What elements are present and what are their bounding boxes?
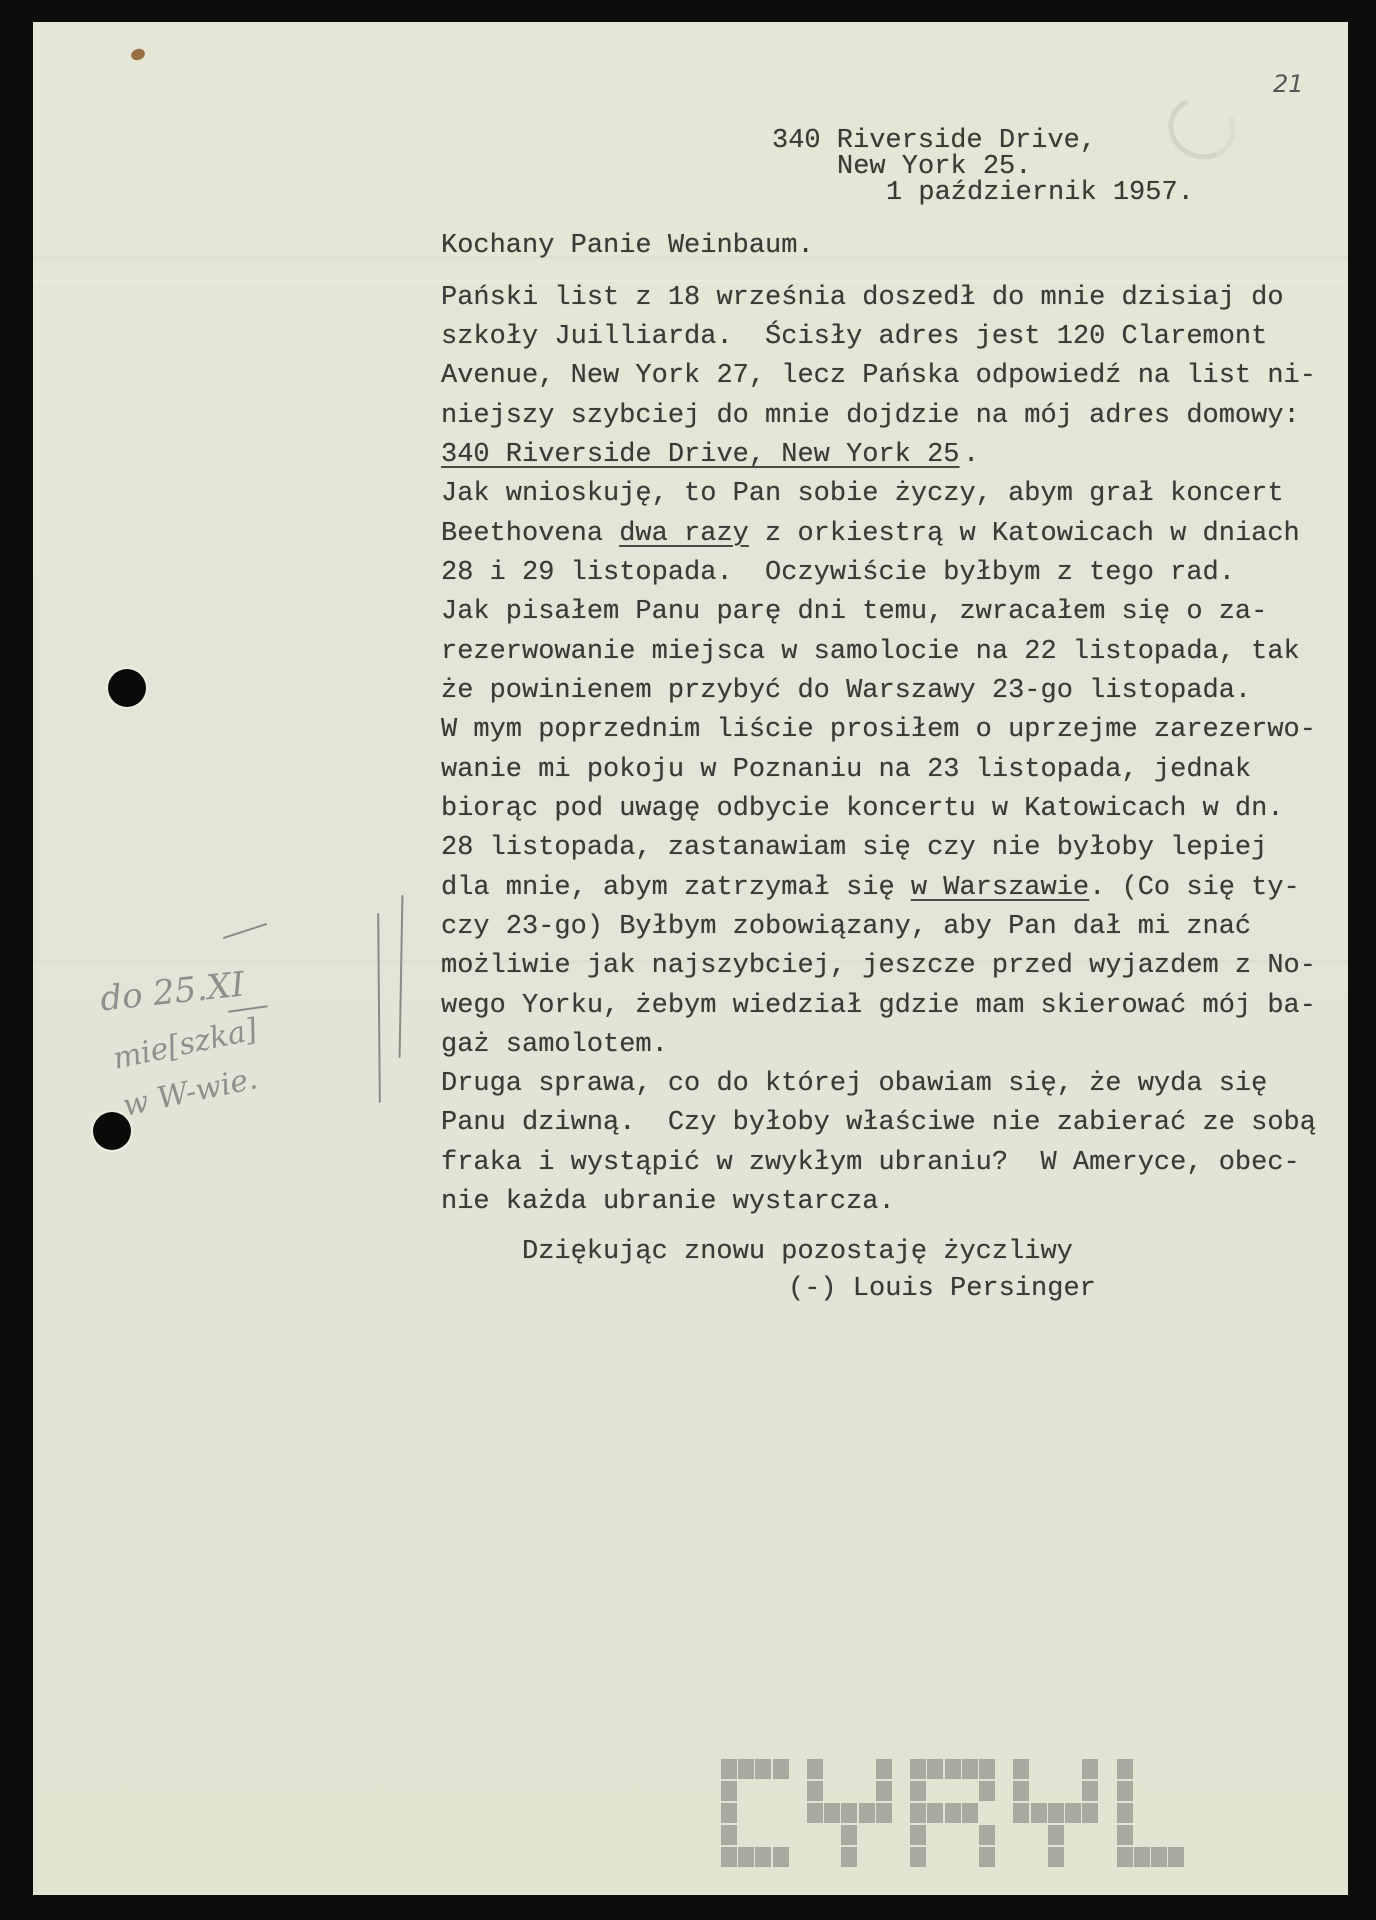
watermark-pixel (841, 1847, 857, 1867)
rust-stain (130, 47, 147, 62)
watermark-pixel (738, 1759, 754, 1779)
underlined-phrase: dwa razy (619, 519, 749, 549)
body-line: Panu dziwną. Czy byłoby właściwe nie zab… (441, 1110, 1316, 1137)
watermark-pixel (1082, 1803, 1098, 1823)
watermark-pixel (1048, 1803, 1064, 1823)
watermark-pixel (807, 1781, 823, 1801)
watermark-pixel (945, 1759, 961, 1779)
body-line: 28 listopada, zastanawiam się czy nie by… (441, 835, 1267, 862)
text-span: dla mnie, abym zatrzymał się (441, 873, 911, 903)
watermark-pixel (927, 1803, 943, 1823)
watermark-pixel (979, 1781, 995, 1801)
sender-address-line1: 340 Riverside Drive, (772, 128, 1096, 155)
underlined-phrase: w Warszawie (911, 873, 1089, 903)
watermark-pixel (876, 1759, 892, 1779)
body-line: Druga sprawa, co do której obawiam się, … (441, 1071, 1267, 1098)
watermark-pixel (910, 1803, 926, 1823)
watermark-pixel (979, 1825, 995, 1845)
body-line: Jak pisałem Panu parę dni temu, zwracałe… (441, 599, 1267, 626)
watermark-pixel (738, 1847, 754, 1867)
body-line: wego Yorku, żebym wiedział gdzie mam ski… (441, 993, 1316, 1020)
body-line: biorąc pod uwagę odbycie koncertu w Kato… (441, 796, 1284, 823)
signature: (-) Louis Persinger (788, 1276, 1096, 1303)
watermark-pixel (1117, 1759, 1133, 1779)
watermark-pixel (1065, 1803, 1081, 1823)
watermark-pixel (721, 1847, 737, 1867)
body-line: że powinienem przybyć do Warszawy 23-go … (441, 678, 1251, 705)
page-number: 21 (1273, 70, 1304, 98)
body-line: 28 i 29 listopada. Oczywiście byłbym z t… (441, 560, 1235, 587)
body-line: Pański list z 18 września doszedł do mni… (441, 285, 1284, 312)
sender-address-line2: New York 25. (837, 154, 1031, 181)
watermark-pixel (962, 1803, 978, 1823)
watermark-pixel (927, 1759, 943, 1779)
watermark-pixel (721, 1825, 737, 1845)
body-line: szkoły Juilliarda. Ścisły adres jest 120… (441, 324, 1267, 351)
watermark-pixel (859, 1803, 875, 1823)
body-line: W mym poprzednim liście prosiłem o uprze… (441, 717, 1316, 744)
watermark-pixel (721, 1759, 737, 1779)
watermark-pixel (824, 1803, 840, 1823)
body-line: nie każda ubranie wystarcza. (441, 1189, 895, 1216)
watermark-pixel (945, 1803, 961, 1823)
watermark-pixel (1048, 1825, 1064, 1845)
smudge-mark (1159, 87, 1244, 169)
watermark-pixel (1031, 1803, 1047, 1823)
body-line: Jak wnioskuję, to Pan sobie życzy, abym … (441, 481, 1284, 508)
body-line: wanie mi pokoju w Poznaniu na 23 listopa… (441, 757, 1251, 784)
watermark-pixel (1117, 1781, 1133, 1801)
watermark-pixel (1117, 1825, 1133, 1845)
text-span: z orkiestrą w Katowicach w dniach (749, 519, 1300, 549)
watermark-pixel (807, 1759, 823, 1779)
body-line: czy 23-go) Byłbym zobowiązany, aby Pan d… (441, 914, 1251, 941)
watermark-pixel (910, 1825, 926, 1845)
body-line: Avenue, New York 27, lecz Pańska odpowie… (441, 363, 1316, 390)
watermark-pixel (910, 1781, 926, 1801)
watermark-pixel (1048, 1847, 1064, 1867)
body-line: dla mnie, abym zatrzymał się w Warszawie… (441, 875, 1300, 902)
body-line-underlined-address: 340 Riverside Drive, New York 25 (441, 442, 959, 469)
punch-hole (108, 669, 146, 707)
body-line: gaż samolotem. (441, 1032, 668, 1059)
closing-line: Dziękując znowu pozostaję życzliwy (522, 1239, 1073, 1266)
watermark-pixel (1013, 1759, 1029, 1779)
watermark-pixel (841, 1803, 857, 1823)
watermark-pixel (721, 1803, 737, 1823)
watermark-pixel (841, 1825, 857, 1845)
watermark-pixel (773, 1847, 789, 1867)
watermark-pixel (979, 1759, 995, 1779)
watermark-pixel (773, 1759, 789, 1779)
body-line: niejszy szybciej do mnie dojdzie na mój … (441, 403, 1300, 430)
watermark-pixel (1013, 1803, 1029, 1823)
watermark-pixel (910, 1759, 926, 1779)
watermark-pixel (1117, 1803, 1133, 1823)
watermark-pixel (1151, 1847, 1167, 1867)
watermark-pixel (807, 1803, 823, 1823)
watermark-pixel (876, 1803, 892, 1823)
watermark-pixel (755, 1759, 771, 1779)
watermark-pixel (876, 1781, 892, 1801)
letter-date: 1 październik 1957. (886, 180, 1194, 207)
watermark-pixel (1117, 1847, 1133, 1867)
body-line-period: . (963, 442, 979, 469)
salutation: Kochany Panie Weinbaum. (441, 233, 814, 260)
watermark-pixel (1082, 1759, 1098, 1779)
watermark-pixel (1013, 1781, 1029, 1801)
body-line: rezerwowanie miejsca w samolocie na 22 l… (441, 639, 1300, 666)
watermark-pixel (755, 1847, 771, 1867)
watermark-pixel (962, 1759, 978, 1779)
watermark-pixel (1134, 1847, 1150, 1867)
watermark-pixel (979, 1847, 995, 1867)
body-line: fraka i wystąpić w zwykłym ubraniu? W Am… (441, 1150, 1300, 1177)
body-line: możliwie jak najszybciej, jeszcze przed … (441, 953, 1316, 980)
watermark-pixel (1168, 1847, 1184, 1867)
watermark-pixel (910, 1847, 926, 1867)
text-span: Beethovena (441, 519, 619, 549)
body-line: Beethovena dwa razy z orkiestrą w Katowi… (441, 521, 1300, 548)
watermark-pixel (721, 1781, 737, 1801)
text-span: . (Co się ty- (1089, 873, 1300, 903)
watermark-pixel (1082, 1781, 1098, 1801)
